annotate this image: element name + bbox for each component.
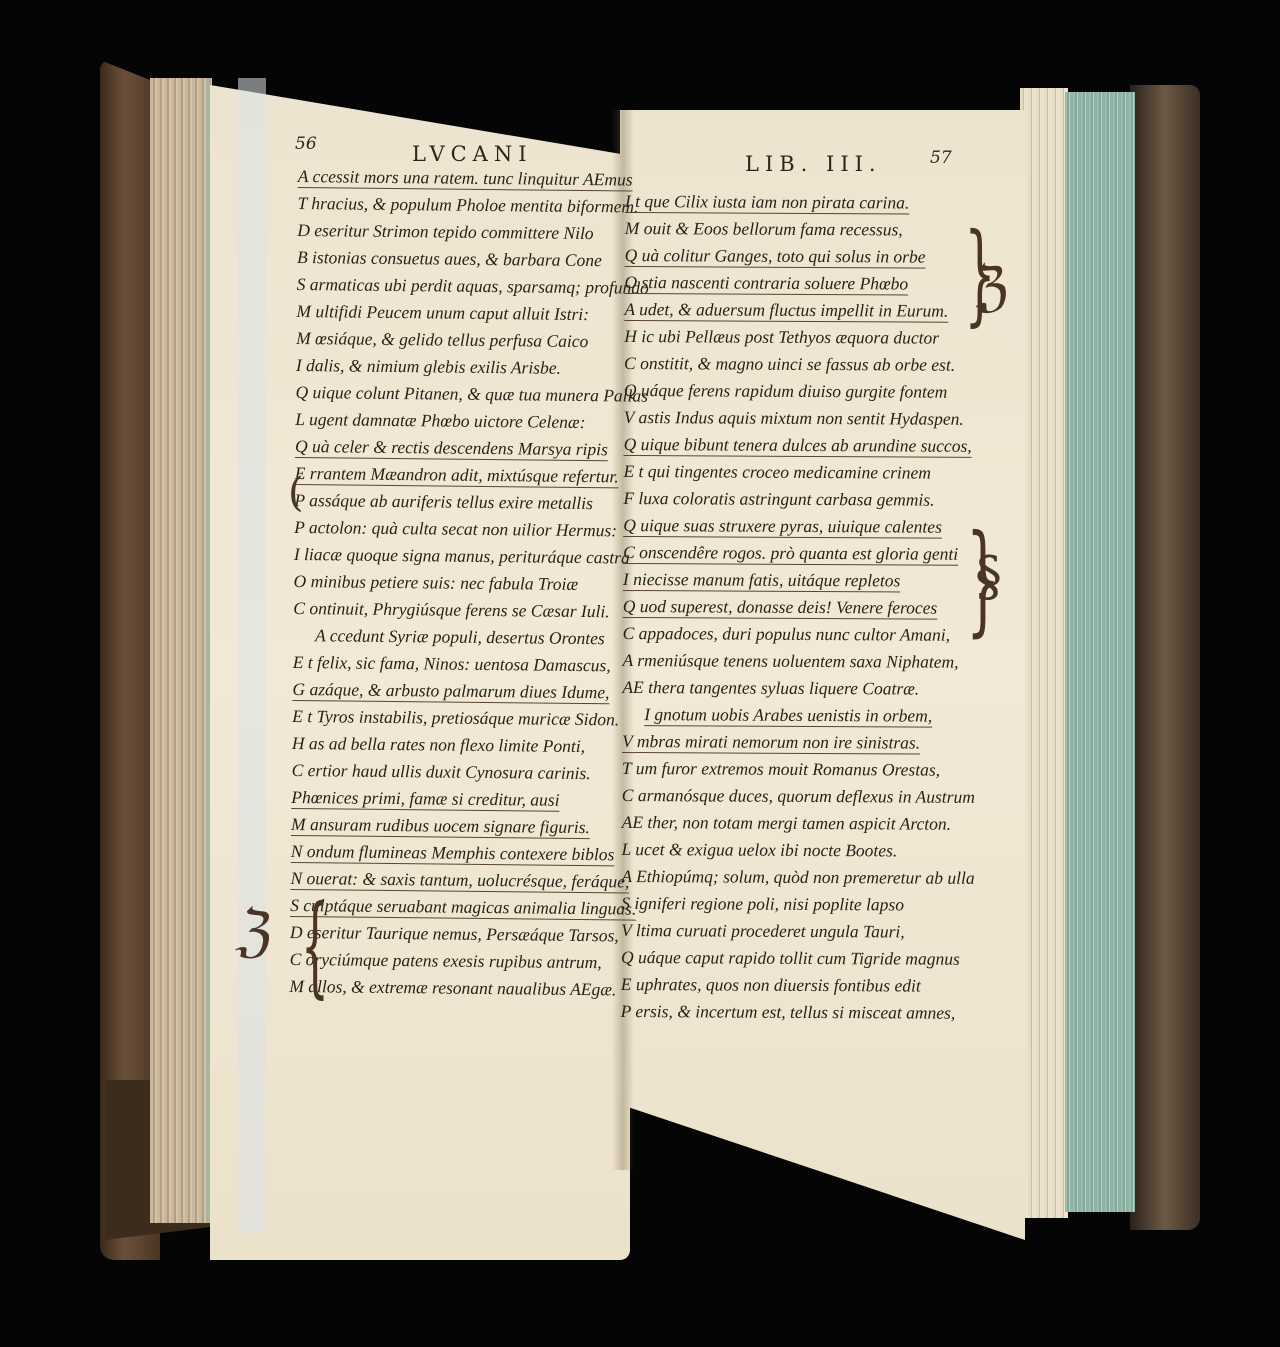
verse-line: D eseritur Strimon tepido committere Nil…	[297, 217, 650, 248]
verse-line: O minibus petiere suis: nec fabula Troiæ	[293, 568, 646, 599]
verse-line: Q uique colunt Pitanen, & quæ tua munera…	[295, 379, 648, 410]
verse-line: Phœnices primi, famæ si creditur, ausi	[291, 784, 644, 815]
verse-line: F luxa coloratis astringunt carbasa gemm…	[623, 485, 976, 514]
open-book: 56 LVCANI A ccessit mors una ratem. tunc…	[0, 0, 1280, 1347]
margin-bracket-left-1: (	[288, 470, 304, 516]
verse-line: N ouerat: & saxis tantum, uolucrésque, f…	[290, 865, 643, 896]
verse-line: AE thera tangentes syluas liquere Coatræ…	[622, 674, 975, 703]
verse-line: A ccessit mors una ratem. tunc linquitur…	[298, 163, 651, 194]
verse-line: AE ther, non totam mergi tamen aspicit A…	[622, 809, 975, 838]
verse-line: E rrantem Mæandron adit, mixtúsque refer…	[295, 460, 648, 491]
verse-line: I gnotum uobis Arabes uenistis in orbem,	[622, 701, 975, 730]
verse-line: Q uáque caput rapido tollit cum Tigride …	[621, 944, 974, 973]
margin-note-right-1: ℨ	[975, 255, 1008, 318]
verse-line: L ucet & exigua uelox ibi nocte Bootes.	[621, 836, 974, 865]
margin-note-right-2: §	[975, 545, 1002, 608]
verse-line: L ugent damnatæ Phœbo uictore Celenæ:	[295, 406, 648, 437]
verse-line: E t Tyros instabilis, pretiosáque muricæ…	[292, 703, 645, 734]
verse-line: Q uà celer & rectis descendens Marsya ri…	[295, 433, 648, 464]
verse-line: A rmeniúsque tenens uoluentem saxa Nipha…	[622, 647, 975, 676]
verse-line: M ultifidi Peucem unum caput alluit Istr…	[296, 298, 649, 329]
verse-line: I t que Cilix iusta iam non pirata carin…	[625, 188, 978, 217]
left-running-head: LVCANI	[412, 142, 533, 166]
verse-line: N ondum flumineas Memphis contexere bibl…	[291, 838, 644, 869]
right-page-edges-inner	[1020, 88, 1068, 1218]
verse-line: E t qui tingentes croceo medicamine crin…	[623, 458, 976, 487]
verse-line: V astis Indus aquis mixtum non sentit Hy…	[624, 404, 977, 433]
right-cover	[1130, 85, 1200, 1230]
verse-line: A ccedunt Syriæ populi, desertus Orontes	[293, 622, 646, 653]
verse-line: M allos, & extremæ resonant naualibus AE…	[289, 973, 642, 1004]
left-page-edges	[150, 78, 212, 1223]
verse-line: C onscendêre rogos. prò quanta est glori…	[623, 539, 976, 568]
verse-line: Q uod superest, donasse deis! Venere fer…	[623, 593, 976, 622]
verse-line: T um furor extremos mouit Romanus Oresta…	[622, 755, 975, 784]
verse-line: Q uáque ferens rapidum diuiso gurgite fo…	[624, 377, 977, 406]
verse-line: I liacæ quoque signa manus, perituráque …	[294, 541, 647, 572]
verse-line: G azáque, & arbusto palmarum diues Idume…	[292, 676, 645, 707]
verse-line: E t felix, sic fama, Ninos: uentosa Dama…	[293, 649, 646, 680]
verse-line: O stia nascenti contraria soluere Phœbo	[624, 269, 977, 298]
verse-line: A Ethiopúmq; solum, quòd non premeretur …	[621, 863, 974, 892]
verse-line: P ersis, & incertum est, tellus si misce…	[621, 998, 974, 1027]
verse-line: S culptáque seruabant magicas animalia l…	[290, 892, 643, 923]
verse-line: E uphrates, quos non diuersis fontibus e…	[621, 971, 974, 1000]
verse-line: C armanósque duces, quorum deflexus in A…	[622, 782, 975, 811]
green-edge-stripe	[206, 78, 210, 1223]
verse-line: C oryciúmque patens exesis rupibus antru…	[290, 946, 643, 977]
right-folio: 57	[930, 148, 952, 168]
verse-line: M ouit & Eoos bellorum fama recessus,	[625, 215, 978, 244]
verse-line: C appadoces, duri populus nunc cultor Am…	[623, 620, 976, 649]
verse-line: C ertior haud ullis duxit Cynosura carin…	[291, 757, 644, 788]
verse-line: Q uà colitur Ganges, toto qui solus in o…	[625, 242, 978, 271]
verse-line: I niecisse manum fatis, uitáque repletos	[623, 566, 976, 595]
verse-line: P actolon: quà culta secat non uilior He…	[294, 514, 647, 545]
verse-line: Q uique bibunt tenera dulces ab arundine…	[624, 431, 977, 460]
verse-line: B istonias consuetus aues, & barbara Con…	[297, 244, 650, 275]
verse-line: H ic ubi Pellæus post Tethyos æquora duc…	[624, 323, 977, 352]
verse-line: V mbras mirati nemorum non ire sinistras…	[622, 728, 975, 757]
verse-line: C ontinuit, Phrygiúsque ferens se Cæsar …	[293, 595, 646, 626]
repair-tape	[238, 78, 266, 1233]
verse-line: C onstitit, & magno uinci se fassus ab o…	[624, 350, 977, 379]
verse-line: D eseritur Taurique nemus, Persæáque Tar…	[290, 919, 643, 950]
verse-line: P assáque ab auriferis tellus exire meta…	[294, 487, 647, 518]
verse-line: A udet, & aduersum fluctus impellit in E…	[624, 296, 977, 325]
verse-line: S armaticas ubi perdit aquas, sparsamq; …	[297, 271, 650, 302]
verse-line: M œsiáque, & gelido tellus perfusa Caico	[296, 325, 649, 356]
verse-line: Q uique suas struxere pyras, uiuique cal…	[623, 512, 976, 541]
right-page-lines: I t que Cilix iusta iam non pirata carin…	[621, 188, 979, 1027]
verse-line: S igniferi regione poli, nisi poplite la…	[621, 890, 974, 919]
verse-line: I dalis, & nimium glebis exilis Arisbe.	[296, 352, 649, 383]
verse-line: M ansuram rudibus uocem signare figuris.	[291, 811, 644, 842]
margin-bracket-left-2: {	[301, 890, 329, 1000]
left-page-lines: A ccessit mors una ratem. tunc linquitur…	[289, 163, 650, 1004]
verse-line: V ltima curuati procederet ungula Tauri,	[621, 917, 974, 946]
verse-line: H as ad bella rates non flexo limite Pon…	[292, 730, 645, 761]
right-page-edges-green	[1065, 92, 1135, 1212]
verse-line: T hracius, & populum Pholoe mentita bifo…	[297, 190, 650, 221]
right-running-head: LIB. III.	[745, 152, 882, 176]
left-folio: 56	[295, 134, 317, 154]
